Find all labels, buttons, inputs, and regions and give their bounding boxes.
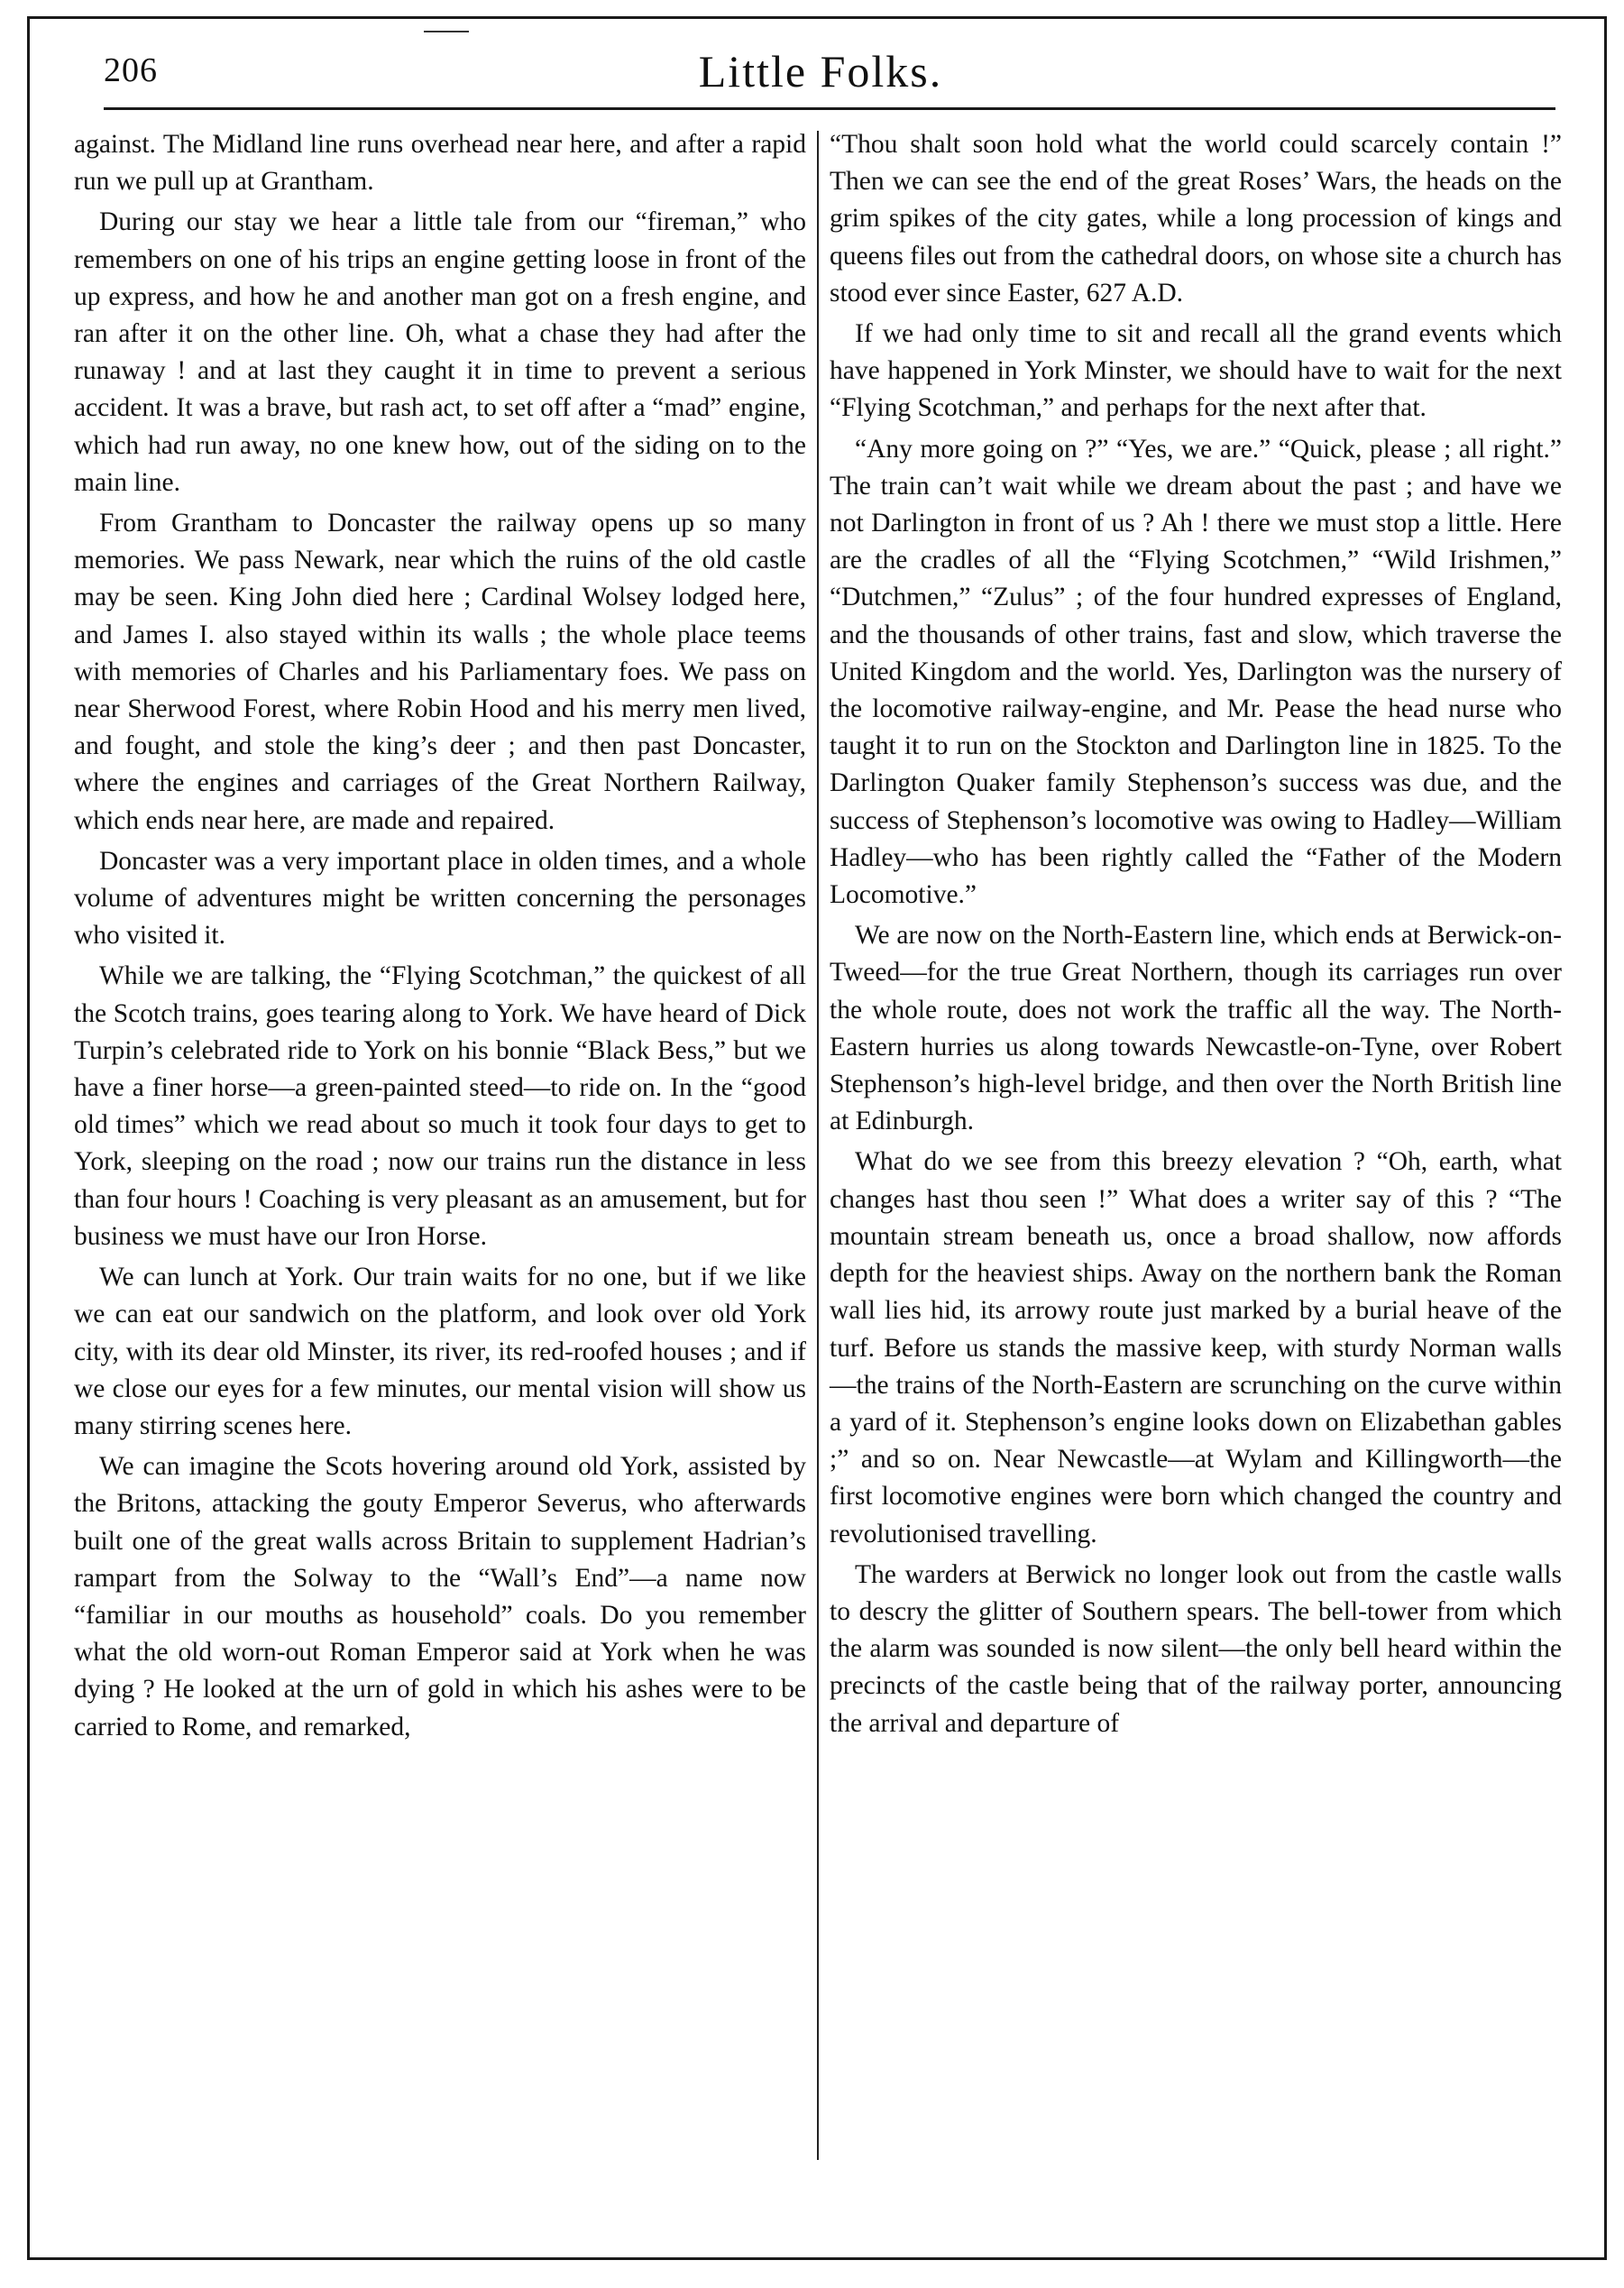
paragraph: We are now on the North-Eastern line, wh… [830,917,1562,1140]
left-column: against. The Midland line runs overhead … [74,126,806,1750]
paragraph: What do we see from this breezy elevatio… [830,1144,1562,1552]
paragraph: Doncaster was a very important place in … [74,843,806,955]
paragraph: The warders at Berwick no longer look ou… [830,1557,1562,1742]
column-divider [817,131,819,2160]
paragraph: We can lunch at York. Our train waits fo… [74,1259,806,1445]
header-rule [104,107,1555,110]
paragraph: against. The Midland line runs overhead … [74,126,806,200]
page-header: 206 Little Folks. [77,45,1564,106]
right-column: “Thou shalt soon hold what the world cou… [830,126,1562,1746]
paragraph: “Any more going on ?” “Yes, we are.” “Qu… [830,431,1562,914]
paragraph: While we are talking, the “Flying Scotch… [74,958,806,1255]
paragraph: If we had only time to sit and recall al… [830,316,1562,427]
running-title: Little Folks. [77,45,1564,97]
article-body: against. The Midland line runs overhead … [74,126,1562,2182]
paragraph: From Grantham to Doncaster the railway o… [74,505,806,840]
paragraph: During our stay we hear a little tale fr… [74,204,806,501]
paragraph: “Thou shalt soon hold what the world cou… [830,126,1562,312]
paragraph: We can imagine the Scots hovering around… [74,1448,806,1746]
header-ornament [424,31,469,32]
